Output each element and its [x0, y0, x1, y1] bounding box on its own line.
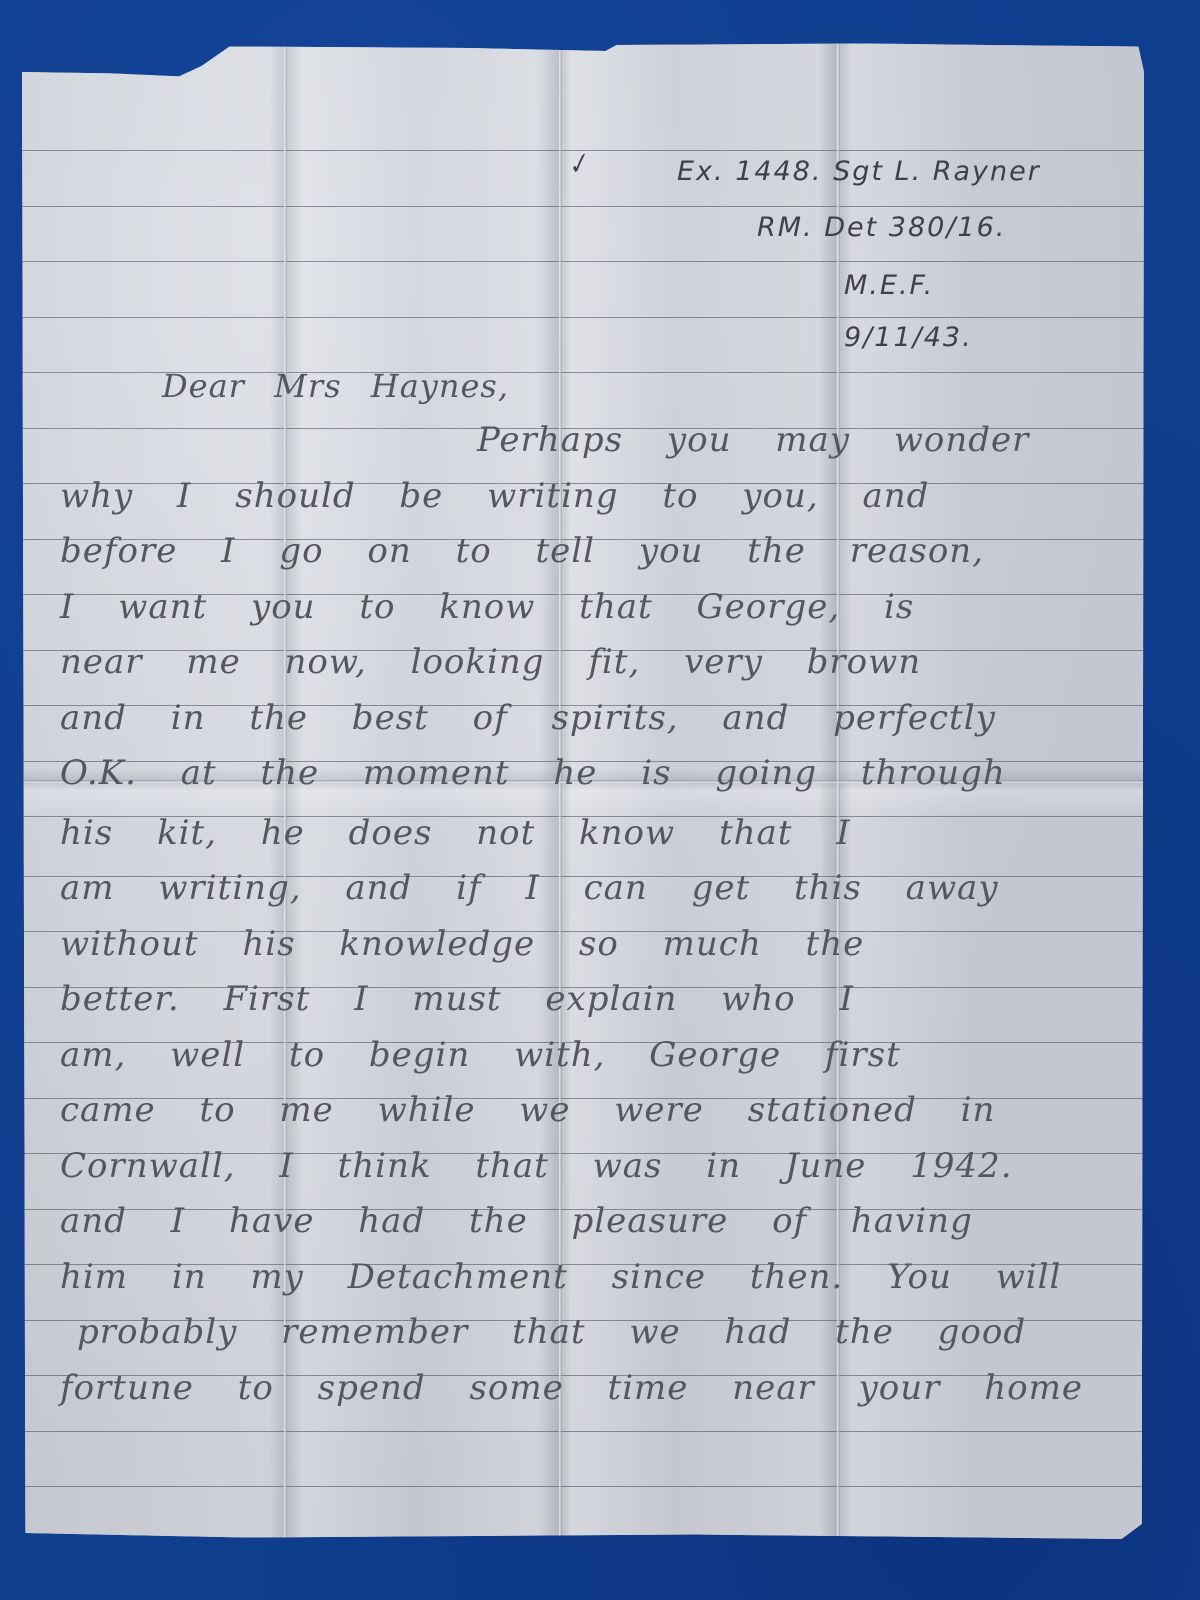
- letter-line: Perhaps you may wonder: [477, 420, 1029, 460]
- sender-location-line: M.E.F.: [844, 270, 934, 301]
- ruled-line: [22, 1542, 1144, 1543]
- letter-line: came to me while we were stationed in: [60, 1090, 995, 1130]
- letter-line: his kit, he does not know that I: [60, 813, 851, 853]
- salutation: Dear Mrs Haynes,: [162, 367, 509, 405]
- ruled-line: [22, 206, 1144, 207]
- letter-line: before I go on to tell you the reason,: [60, 531, 984, 571]
- letter-line: O.K. at the moment he is going through: [60, 753, 1006, 793]
- ruled-line: [22, 317, 1144, 318]
- letter-line: am writing, and if I can get this away: [60, 868, 999, 908]
- letter-line: am, well to begin with, George first: [60, 1035, 901, 1075]
- letter-line: near me now, looking fit, very brown: [60, 642, 921, 682]
- sender-name-line: Ex. 1448. Sgt L. Rayner: [677, 156, 1041, 187]
- letter-line: and in the best of spirits, and perfectl…: [60, 698, 996, 738]
- letter-line: why I should be writing to you, and: [60, 476, 929, 516]
- letter-line: him in my Detachment since then. You wil…: [60, 1257, 1061, 1297]
- letter-line: better. First I must explain who I: [60, 979, 854, 1019]
- letter-line: without his knowledge so much the: [60, 924, 864, 964]
- letter-line: probably remember that we had the good: [77, 1312, 1026, 1352]
- sender-unit-line: RM. Det 380/16.: [757, 212, 1006, 243]
- letter-paper: ✓ Ex. 1448. Sgt L. Rayner RM. Det 380/16…: [22, 42, 1144, 1539]
- ruled-line: [22, 1431, 1144, 1432]
- letter-line: Cornwall, I think that was in June 1942.: [60, 1146, 1013, 1186]
- ruled-line: [22, 1486, 1144, 1487]
- letter-line: and I have had the pleasure of having: [60, 1201, 973, 1241]
- letter-line: I want you to know that George, is: [60, 587, 914, 627]
- letter-date: 9/11/43.: [844, 322, 973, 353]
- ruled-line: [22, 261, 1144, 262]
- letter-line: fortune to spend some time near your hom…: [60, 1368, 1083, 1408]
- check-mark-icon: ✓: [563, 147, 595, 183]
